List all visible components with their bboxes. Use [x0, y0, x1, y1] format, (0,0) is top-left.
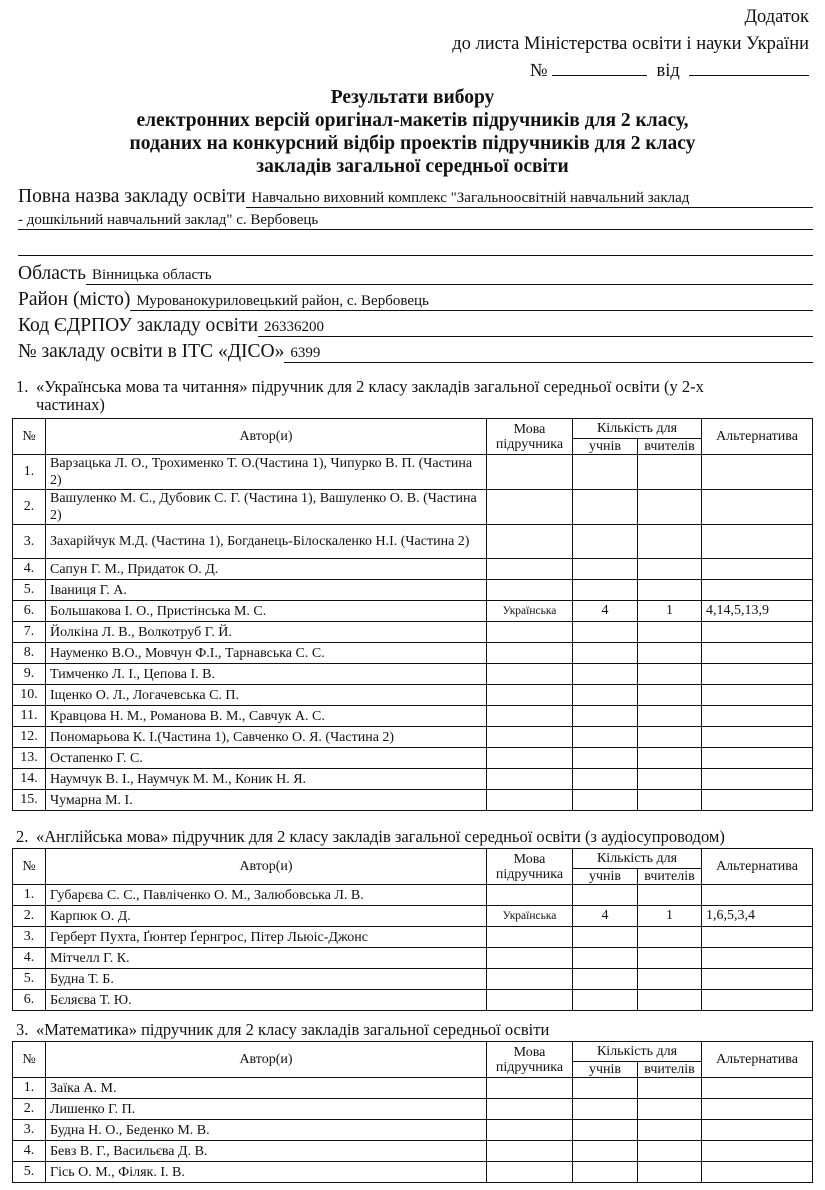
- row-language[interactable]: [487, 748, 573, 769]
- letter-number-blank: [552, 59, 647, 76]
- row-alternative[interactable]: [702, 643, 813, 664]
- row-students-count[interactable]: [573, 455, 638, 490]
- table-row: 1.Заїка А. М.: [13, 1078, 813, 1099]
- row-number: 8.: [13, 643, 46, 664]
- row-language[interactable]: [487, 622, 573, 643]
- row-number: 14.: [13, 769, 46, 790]
- table-row: 9.Тимченко Л. І., Цепова І. В.: [13, 664, 813, 685]
- row-number: 2.: [13, 490, 46, 525]
- row-language[interactable]: [487, 885, 573, 906]
- row-number: 4.: [13, 1141, 46, 1162]
- row-number: 5.: [13, 1162, 46, 1183]
- school-full-name-field: Повна назва закладу освіти Навчально вих…: [18, 186, 813, 208]
- table-row: 1.Губарєва С. С., Павліченко О. М., Залю…: [13, 885, 813, 906]
- document-title: Результати вибору електронних версій ори…: [0, 86, 825, 178]
- row-authors: Остапенко Г. С.: [46, 748, 487, 769]
- header-language: Мова підручника: [487, 1042, 573, 1078]
- row-teachers-count[interactable]: [638, 1141, 702, 1162]
- table-row: 13.Остапенко Г. С.: [13, 748, 813, 769]
- table-row: 4.Мітчелл Г. К.: [13, 948, 813, 969]
- row-students-count[interactable]: [573, 748, 638, 769]
- row-number: 3.: [13, 525, 46, 559]
- annex-ministry-letter: до листа Міністерства освіти і науки Укр…: [452, 31, 809, 58]
- header-alternative: Альтернатива: [702, 419, 813, 455]
- row-alternative[interactable]: [702, 748, 813, 769]
- row-authors: Йолкіна Л. В., Волкотруб Г. Й.: [46, 622, 487, 643]
- row-number: 9.: [13, 664, 46, 685]
- row-teachers-count[interactable]: [638, 490, 702, 525]
- header-teachers: вчителів: [638, 869, 702, 885]
- row-students-count[interactable]: [573, 525, 638, 559]
- row-students-count[interactable]: [573, 948, 638, 969]
- row-teachers-count[interactable]: [638, 559, 702, 580]
- row-alternative[interactable]: [702, 1099, 813, 1120]
- table-row: 12.Пономарьова К. І.(Частина 1), Савченк…: [13, 727, 813, 748]
- region-field: Область Вінницька область: [18, 263, 813, 285]
- row-number: 15.: [13, 790, 46, 811]
- row-number: 2.: [13, 906, 46, 927]
- row-authors: Гісь О. М., Філяк. І. В.: [46, 1162, 487, 1183]
- table-row: 5.Будна Т. Б.: [13, 969, 813, 990]
- row-authors: Лишенко Г. П.: [46, 1099, 487, 1120]
- table-row: 5.Гісь О. М., Філяк. І. В.: [13, 1162, 813, 1183]
- blank-line: [18, 255, 813, 256]
- row-alternative[interactable]: [702, 727, 813, 748]
- row-number: 6.: [13, 601, 46, 622]
- row-teachers-count[interactable]: [638, 727, 702, 748]
- row-students-count[interactable]: [573, 969, 638, 990]
- row-number: 1.: [13, 1078, 46, 1099]
- edrpou-field: Код ЄДРПОУ закладу освіти 26336200: [18, 315, 813, 337]
- table-row: 3.Будна Н. О., Беденко М. В.: [13, 1120, 813, 1141]
- row-number: 12.: [13, 727, 46, 748]
- row-number: 2.: [13, 1099, 46, 1120]
- row-alternative[interactable]: [702, 990, 813, 1011]
- row-language[interactable]: [487, 1141, 573, 1162]
- row-teachers-count[interactable]: [638, 525, 702, 559]
- annex-title: Додаток: [452, 4, 809, 31]
- header-language: Мова підручника: [487, 419, 573, 455]
- table-row: 3.Герберт Пухта, Ґюнтер Ґернгрос, Пітер …: [13, 927, 813, 948]
- row-number: 11.: [13, 706, 46, 727]
- row-teachers-count[interactable]: [638, 1162, 702, 1183]
- row-students-count[interactable]: [573, 1120, 638, 1141]
- row-teachers-count[interactable]: [638, 969, 702, 990]
- table-row: 4.Бевз В. Г., Васильєва Д. В.: [13, 1141, 813, 1162]
- table-row: 10.Іщенко О. Л., Логачевська С. П.: [13, 685, 813, 706]
- table-row: 2.Лишенко Г. П.: [13, 1099, 813, 1120]
- row-authors: Іщенко О. Л., Логачевська С. П.: [46, 685, 487, 706]
- header-no: №: [13, 419, 46, 455]
- row-authors: Наумчук В. І., Наумчук М. М., Коник Н. Я…: [46, 769, 487, 790]
- school-full-name-value: Навчально виховний комплекс "Загальноосв…: [246, 190, 813, 208]
- table-row: 11.Кравцова Н. М., Романова В. М., Савчу…: [13, 706, 813, 727]
- row-number: 3.: [13, 927, 46, 948]
- header-alternative: Альтернатива: [702, 849, 813, 885]
- row-alternative[interactable]: [702, 559, 813, 580]
- row-alternative[interactable]: [702, 927, 813, 948]
- row-teachers-count[interactable]: [638, 990, 702, 1011]
- table-row: 14.Наумчук В. І., Наумчук М. М., Коник Н…: [13, 769, 813, 790]
- row-authors: Чумарна М. І.: [46, 790, 487, 811]
- row-students-count[interactable]: [573, 1078, 638, 1099]
- row-language[interactable]: [487, 706, 573, 727]
- row-alternative[interactable]: [702, 622, 813, 643]
- row-teachers-count[interactable]: [638, 927, 702, 948]
- section-1-heading: 1.«Українська мова та читання» підручник…: [16, 378, 815, 414]
- row-teachers-count[interactable]: [638, 580, 702, 601]
- header-no: №: [13, 849, 46, 885]
- row-language[interactable]: [487, 990, 573, 1011]
- header-teachers: вчителів: [638, 1062, 702, 1078]
- row-alternative[interactable]: [702, 948, 813, 969]
- header-quantity: Кількість для: [573, 419, 702, 439]
- row-number: 5.: [13, 580, 46, 601]
- row-language[interactable]: [487, 525, 573, 559]
- row-students-count[interactable]: 4: [573, 601, 638, 622]
- row-alternative[interactable]: [702, 664, 813, 685]
- row-language[interactable]: [487, 790, 573, 811]
- row-alternative[interactable]: [702, 1078, 813, 1099]
- row-teachers-count[interactable]: [638, 748, 702, 769]
- row-alternative[interactable]: 4,14,5,13,9: [702, 601, 813, 622]
- row-authors: Бєляєва Т. Ю.: [46, 990, 487, 1011]
- header-no: №: [13, 1042, 46, 1078]
- row-language[interactable]: [487, 948, 573, 969]
- school-full-name-cont: - дошкільний навчальний заклад" с. Вербо…: [18, 212, 813, 230]
- header-students: учнів: [573, 439, 638, 455]
- row-teachers-count[interactable]: [638, 706, 702, 727]
- table-row: 3.Захарійчук М.Д. (Частина 1), Богданець…: [13, 525, 813, 559]
- row-language[interactable]: [487, 685, 573, 706]
- row-language[interactable]: [487, 1120, 573, 1141]
- row-students-count[interactable]: 4: [573, 906, 638, 927]
- section-1-table: №Автор(и)Мова підручникаКількість дляАль…: [12, 418, 813, 811]
- table-row: 5.Іваниця Г. А.: [13, 580, 813, 601]
- row-alternative[interactable]: [702, 455, 813, 490]
- header-authors: Автор(и): [46, 849, 487, 885]
- diso-value: 6399: [284, 345, 813, 363]
- row-number: 6.: [13, 990, 46, 1011]
- row-authors: Науменко В.О., Мовчун Ф.І., Тарнавська С…: [46, 643, 487, 664]
- diso-field: № закладу освіти в ІТС «ДІСО» 6399: [18, 341, 813, 363]
- row-students-count[interactable]: [573, 580, 638, 601]
- row-number: 7.: [13, 622, 46, 643]
- section-2-table: №Автор(и)Мова підручникаКількість дляАль…: [12, 848, 813, 1011]
- row-authors: Мітчелл Г. К.: [46, 948, 487, 969]
- header-quantity: Кількість для: [573, 1042, 702, 1062]
- row-alternative[interactable]: [702, 706, 813, 727]
- row-students-count[interactable]: [573, 490, 638, 525]
- row-language[interactable]: [487, 643, 573, 664]
- row-language[interactable]: [487, 1078, 573, 1099]
- row-teachers-count[interactable]: [638, 769, 702, 790]
- row-language[interactable]: [487, 559, 573, 580]
- row-students-count[interactable]: [573, 790, 638, 811]
- row-number: 13.: [13, 748, 46, 769]
- row-teachers-count[interactable]: [638, 643, 702, 664]
- header-students: учнів: [573, 1062, 638, 1078]
- row-students-count[interactable]: [573, 727, 638, 748]
- table-row: 6.Бєляєва Т. Ю.: [13, 990, 813, 1011]
- row-language[interactable]: [487, 455, 573, 490]
- row-language[interactable]: [487, 1162, 573, 1183]
- row-students-count[interactable]: [573, 559, 638, 580]
- row-students-count[interactable]: [573, 927, 638, 948]
- row-number: 1.: [13, 455, 46, 490]
- row-teachers-count[interactable]: [638, 455, 702, 490]
- section-3-heading: 3.«Математика» підручник для 2 класу зак…: [16, 1021, 815, 1039]
- row-authors: Заїка А. М.: [46, 1078, 487, 1099]
- table-row: 6.Большакова І. О., Пристінська М. С.Укр…: [13, 601, 813, 622]
- table-row: 1.Варзацька Л. О., Трохименко Т. О.(Част…: [13, 455, 813, 490]
- header-students: учнів: [573, 869, 638, 885]
- row-teachers-count[interactable]: 1: [638, 906, 702, 927]
- row-authors: Губарєва С. С., Павліченко О. М., Залюбо…: [46, 885, 487, 906]
- edrpou-value: 26336200: [258, 319, 813, 337]
- row-authors: Кравцова Н. М., Романова В. М., Савчук А…: [46, 706, 487, 727]
- row-language[interactable]: [487, 727, 573, 748]
- row-language[interactable]: [487, 927, 573, 948]
- row-number: 10.: [13, 685, 46, 706]
- row-authors: Будна Н. О., Беденко М. В.: [46, 1120, 487, 1141]
- row-alternative[interactable]: [702, 969, 813, 990]
- row-alternative[interactable]: [702, 769, 813, 790]
- table-row: 7.Йолкіна Л. В., Волкотруб Г. Й.: [13, 622, 813, 643]
- row-students-count[interactable]: [573, 1141, 638, 1162]
- row-authors: Іваниця Г. А.: [46, 580, 487, 601]
- row-alternative[interactable]: [702, 1141, 813, 1162]
- region-value: Вінницька область: [86, 267, 813, 285]
- row-students-count[interactable]: [573, 685, 638, 706]
- row-language[interactable]: [487, 1099, 573, 1120]
- letter-date-blank: [689, 59, 809, 76]
- row-teachers-count[interactable]: [638, 622, 702, 643]
- header-alternative: Альтернатива: [702, 1042, 813, 1078]
- header-authors: Автор(и): [46, 419, 487, 455]
- row-authors: Будна Т. Б.: [46, 969, 487, 990]
- row-language[interactable]: [487, 664, 573, 685]
- row-alternative[interactable]: [702, 885, 813, 906]
- row-teachers-count[interactable]: [638, 1099, 702, 1120]
- row-alternative[interactable]: 1,6,5,3,4: [702, 906, 813, 927]
- row-students-count[interactable]: [573, 990, 638, 1011]
- row-authors: Сапун Г. М., Придаток О. Д.: [46, 559, 487, 580]
- row-authors: Тимченко Л. І., Цепова І. В.: [46, 664, 487, 685]
- row-alternative[interactable]: [702, 1162, 813, 1183]
- row-students-count[interactable]: [573, 643, 638, 664]
- row-alternative[interactable]: [702, 580, 813, 601]
- header-authors: Автор(и): [46, 1042, 487, 1078]
- row-authors: Карпюк О. Д.: [46, 906, 487, 927]
- table-row: 2.Карпюк О. Д.Українська411,6,5,3,4: [13, 906, 813, 927]
- row-students-count[interactable]: [573, 769, 638, 790]
- row-authors: Большакова І. О., Пристінська М. С.: [46, 601, 487, 622]
- row-number: 4.: [13, 559, 46, 580]
- district-value: Мурованокуриловецький район, с. Вербовец…: [130, 293, 813, 311]
- header-teachers: вчителів: [638, 439, 702, 455]
- header-quantity: Кількість для: [573, 849, 702, 869]
- row-language[interactable]: [487, 769, 573, 790]
- row-alternative[interactable]: [702, 1120, 813, 1141]
- row-alternative[interactable]: [702, 525, 813, 559]
- table-row: 2.Вашуленко М. С., Дубовик С. Г. (Частин…: [13, 490, 813, 525]
- header-language: Мова підручника: [487, 849, 573, 885]
- row-teachers-count[interactable]: [638, 1078, 702, 1099]
- row-students-count[interactable]: [573, 1099, 638, 1120]
- row-number: 4.: [13, 948, 46, 969]
- row-students-count[interactable]: [573, 706, 638, 727]
- row-authors: Варзацька Л. О., Трохименко Т. О.(Частин…: [46, 455, 487, 490]
- row-language[interactable]: [487, 580, 573, 601]
- row-teachers-count[interactable]: [638, 948, 702, 969]
- row-language[interactable]: [487, 490, 573, 525]
- row-authors: Вашуленко М. С., Дубовик С. Г. (Частина …: [46, 490, 487, 525]
- table-row: 4.Сапун Г. М., Придаток О. Д.: [13, 559, 813, 580]
- section-2-heading: 2.«Англійська мова» підручник для 2 клас…: [16, 828, 815, 846]
- row-teachers-count[interactable]: [638, 685, 702, 706]
- annex-number-line: № від: [452, 58, 809, 85]
- row-teachers-count[interactable]: [638, 790, 702, 811]
- row-number: 3.: [13, 1120, 46, 1141]
- row-authors: Пономарьова К. І.(Частина 1), Савченко О…: [46, 727, 487, 748]
- row-authors: Герберт Пухта, Ґюнтер Ґернгрос, Пітер Ль…: [46, 927, 487, 948]
- section-3-table: №Автор(и)Мова підручникаКількість дляАль…: [12, 1041, 813, 1183]
- row-authors: Захарійчук М.Д. (Частина 1), Богданець-Б…: [46, 525, 487, 559]
- row-students-count[interactable]: [573, 885, 638, 906]
- row-alternative[interactable]: [702, 685, 813, 706]
- row-authors: Бевз В. Г., Васильєва Д. В.: [46, 1141, 487, 1162]
- row-students-count[interactable]: [573, 664, 638, 685]
- row-number: 5.: [13, 969, 46, 990]
- row-language[interactable]: Українська: [487, 601, 573, 622]
- row-students-count[interactable]: [573, 622, 638, 643]
- district-field: Район (місто) Мурованокуриловецький райо…: [18, 289, 813, 311]
- row-number: 1.: [13, 885, 46, 906]
- row-teachers-count[interactable]: [638, 1120, 702, 1141]
- row-language[interactable]: [487, 969, 573, 990]
- row-teachers-count[interactable]: [638, 664, 702, 685]
- row-teachers-count[interactable]: [638, 885, 702, 906]
- annex-header: Додаток до листа Міністерства освіти і н…: [452, 4, 809, 85]
- row-alternative[interactable]: [702, 490, 813, 525]
- row-language[interactable]: Українська: [487, 906, 573, 927]
- row-teachers-count[interactable]: 1: [638, 601, 702, 622]
- row-alternative[interactable]: [702, 790, 813, 811]
- table-row: 8.Науменко В.О., Мовчун Ф.І., Тарнавська…: [13, 643, 813, 664]
- row-students-count[interactable]: [573, 1162, 638, 1183]
- table-row: 15.Чумарна М. І.: [13, 790, 813, 811]
